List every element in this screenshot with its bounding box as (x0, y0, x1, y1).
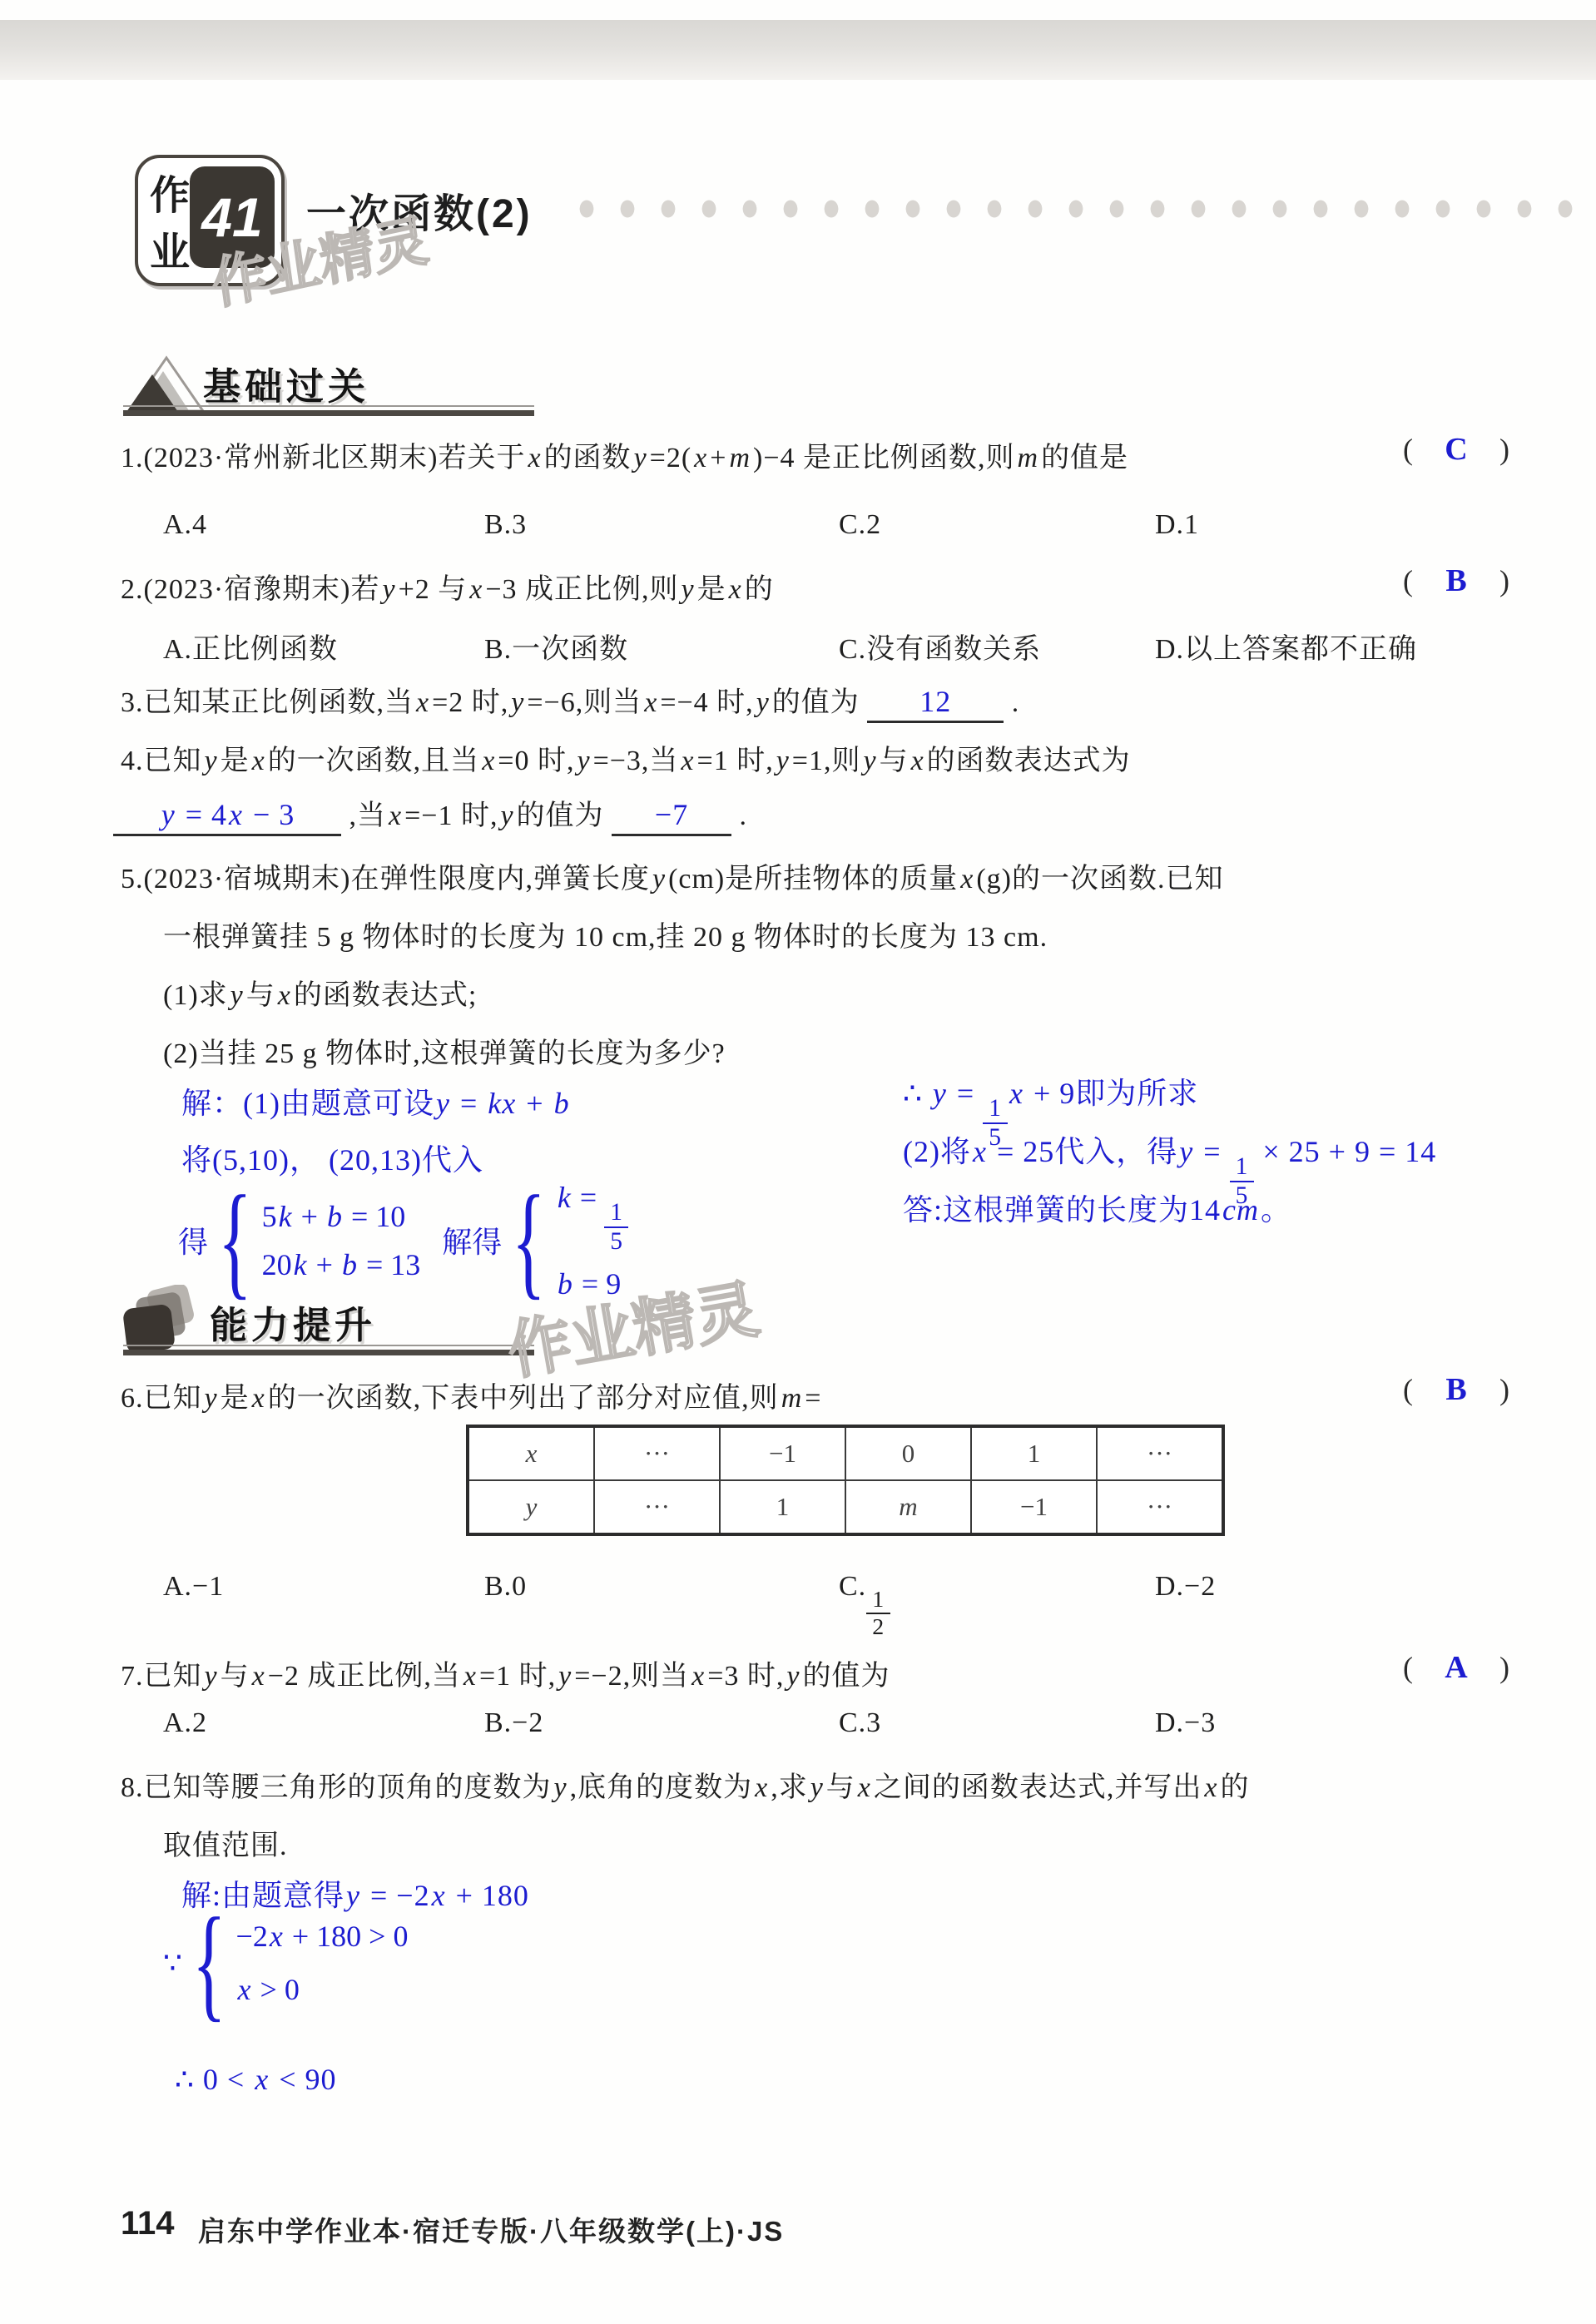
paren-close: ) (1499, 563, 1509, 598)
inequality: x > 0 (236, 1972, 409, 2007)
section-underline (123, 405, 534, 416)
option-b: B.−2 (484, 1707, 543, 1739)
badge-char-top: 作 (150, 163, 190, 221)
option-c: C.没有函数关系 (839, 626, 1041, 666)
table-cell: 1 (971, 1426, 1097, 1480)
equation-column: −2x + 180 > 0 x > 0 (236, 1919, 409, 2007)
page-number: 114 (121, 2205, 175, 2242)
table-row-y: y ··· 1 m −1 ··· (468, 1480, 1223, 1534)
equation: k = 15 (556, 1180, 628, 1255)
question-6-value-table: x ··· −1 0 1 ··· y ··· 1 m −1 ··· (466, 1425, 1225, 1536)
section-title-basic: 基础过关 (203, 356, 369, 410)
solution-8-line1: 解:由题意得y = −2x + 180 (181, 1872, 529, 1915)
inequality: −2x + 180 > 0 (236, 1919, 409, 1954)
table-row-x: x ··· −1 0 1 ··· (468, 1426, 1223, 1480)
table-cell: ··· (594, 1480, 720, 1534)
paren-close: ) (1499, 1372, 1509, 1407)
question-7-answer: ( A ) (1403, 1649, 1509, 1686)
dotted-divider (576, 195, 1589, 223)
solution-5-line1: 解：(1)由题意可设y = kx + b (181, 1080, 572, 1122)
solution-8-conclusion: ∴ 0 < x < 90 (175, 2062, 337, 2097)
table-cell: ··· (594, 1426, 720, 1480)
table-cell: −1 (720, 1426, 845, 1480)
question-7-stem: 7.已知y与x−2 成正比例,当x=1 时,y=−2,则当x=3 时,y的值为 (121, 1653, 890, 1693)
question-4-blank-value: −7 (612, 797, 731, 836)
question-6-stem: 6.已知y是x的一次函数,下表中列出了部分对应值,则m= (121, 1375, 821, 1415)
question-4-blank-expression: y = 4x − 3 (113, 797, 341, 836)
system-lead: 得 (178, 1219, 208, 1261)
brace-icon: { (192, 1909, 226, 2017)
option-a: A.正比例函数 (163, 626, 338, 666)
solution-8-inequality-system: ∵ { −2x + 180 > 0 x > 0 (163, 1919, 408, 2007)
question-4-line2: y = 4x − 3 ,当x=−1 时,y的值为 −7 . (113, 792, 747, 836)
workbook-page: 作 业 41 一次函数(2) 作业精灵 基础过关 1.(2023·常州新北区期末… (0, 0, 1596, 2324)
option-b: B.一次函数 (484, 626, 628, 666)
question-5-part1: (1)求y与x的函数表达式; (163, 972, 477, 1013)
table-cell: −1 (971, 1480, 1097, 1534)
equation: 5k + b = 10 (262, 1199, 421, 1234)
answer-letter: A (1445, 1649, 1467, 1686)
option-d: D.−2 (1155, 1571, 1216, 1603)
system-lead: ∵ (163, 1945, 182, 1980)
question-5-line2: 一根弹簧挂 5 g 物体时的长度为 10 cm,挂 20 g 物体时的长度为 1… (163, 914, 1048, 954)
question-4-tail: . (740, 800, 748, 831)
option-c: C.12 (839, 1571, 890, 1639)
table-cell: ··· (1097, 1426, 1223, 1480)
paren-open: ( (1403, 563, 1413, 598)
question-3: 3.已知某正比例函数,当x=2 时,y=−6,则当x=−4 时,y的值为 12 … (121, 679, 1019, 723)
question-4-line1: 4.已知y是x的一次函数,且当x=0 时,y=−3,当x=1 时,y=1,则y与… (121, 737, 1131, 778)
question-1-stem: 1.(2023·常州新北区期末)若关于x的函数y=2(x+m)−4 是正比例函数… (121, 434, 1128, 475)
table-cell: 1 (720, 1480, 845, 1534)
question-1-answer: ( C ) (1403, 431, 1509, 468)
brace-icon: { (512, 1187, 546, 1295)
option-b: B.3 (484, 509, 527, 541)
question-4-mid: ,当x=−1 时,y的值为 (349, 800, 604, 831)
option-d: D.1 (1155, 509, 1199, 541)
paren-open: ( (1403, 1650, 1413, 1685)
table-cell: m (845, 1480, 971, 1534)
solution-5-equation-system: 得 { 5k + b = 10 20k + b = 13 解得 { k = 15… (178, 1180, 628, 1301)
paren-close: ) (1499, 1650, 1509, 1685)
option-d: D.以上答案都不正确 (1155, 626, 1417, 666)
answer-letter: B (1445, 1371, 1466, 1408)
paren-open: ( (1403, 432, 1413, 467)
table-cell: 0 (845, 1426, 971, 1480)
paren-close: ) (1499, 432, 1509, 467)
question-5-part2: (2)当挂 25 g 物体时,这根弹簧的长度为多少? (163, 1030, 726, 1071)
question-8-line1: 8.已知等腰三角形的顶角的度数为y,底角的度数为x,求y与x之间的函数表达式,并… (121, 1764, 1249, 1805)
question-2-stem: 2.(2023·宿豫期末)若y+2 与x−3 成正比例,则y是x的 (121, 566, 774, 607)
section-title-advanced: 能力提升 (210, 1295, 376, 1349)
paren-open: ( (1403, 1372, 1413, 1407)
question-8-line2: 取值范围. (163, 1822, 288, 1863)
question-3-tail: . (1012, 687, 1020, 718)
answer-letter: C (1445, 431, 1467, 468)
option-c: C.2 (839, 509, 881, 541)
answer-letter: B (1445, 562, 1466, 599)
question-5-line1: 5.(2023·宿城期末)在弹性限度内,弹簧长度y(cm)是所挂物体的质量x(g… (121, 855, 1224, 896)
question-3-stem: 3.已知某正比例函数,当x=2 时,y=−6,则当x=−4 时,y的值为 (121, 687, 860, 718)
brace-icon: { (218, 1187, 252, 1295)
option-a: A.4 (163, 509, 207, 541)
system-lead: 解得 (442, 1219, 502, 1261)
table-cell: ··· (1097, 1480, 1223, 1534)
badge-char-bottom: 业 (150, 220, 190, 277)
equation: 20k + b = 13 (262, 1247, 421, 1282)
question-6-answer: ( B ) (1403, 1371, 1509, 1408)
table-cell: y (468, 1480, 594, 1534)
table-cell: x (468, 1426, 594, 1480)
scan-shadow-band (0, 20, 1596, 80)
option-c: C.3 (839, 1707, 881, 1739)
book-title: 启东中学作业本·宿迁专版·八年级数学(上)·JS (198, 2210, 784, 2249)
question-2-answer: ( B ) (1403, 562, 1509, 599)
solution-5-right3: 答:这根弹簧的长度为14cm。 (903, 1187, 1291, 1229)
option-d: D.−3 (1155, 1707, 1216, 1739)
option-a: A.2 (163, 1707, 207, 1739)
section-underline (123, 1345, 534, 1355)
equation-column: 5k + b = 10 20k + b = 13 (262, 1199, 421, 1282)
option-b: B.0 (484, 1571, 527, 1603)
option-a: A.−1 (163, 1571, 224, 1603)
question-3-blank-answer: 12 (867, 684, 1004, 723)
